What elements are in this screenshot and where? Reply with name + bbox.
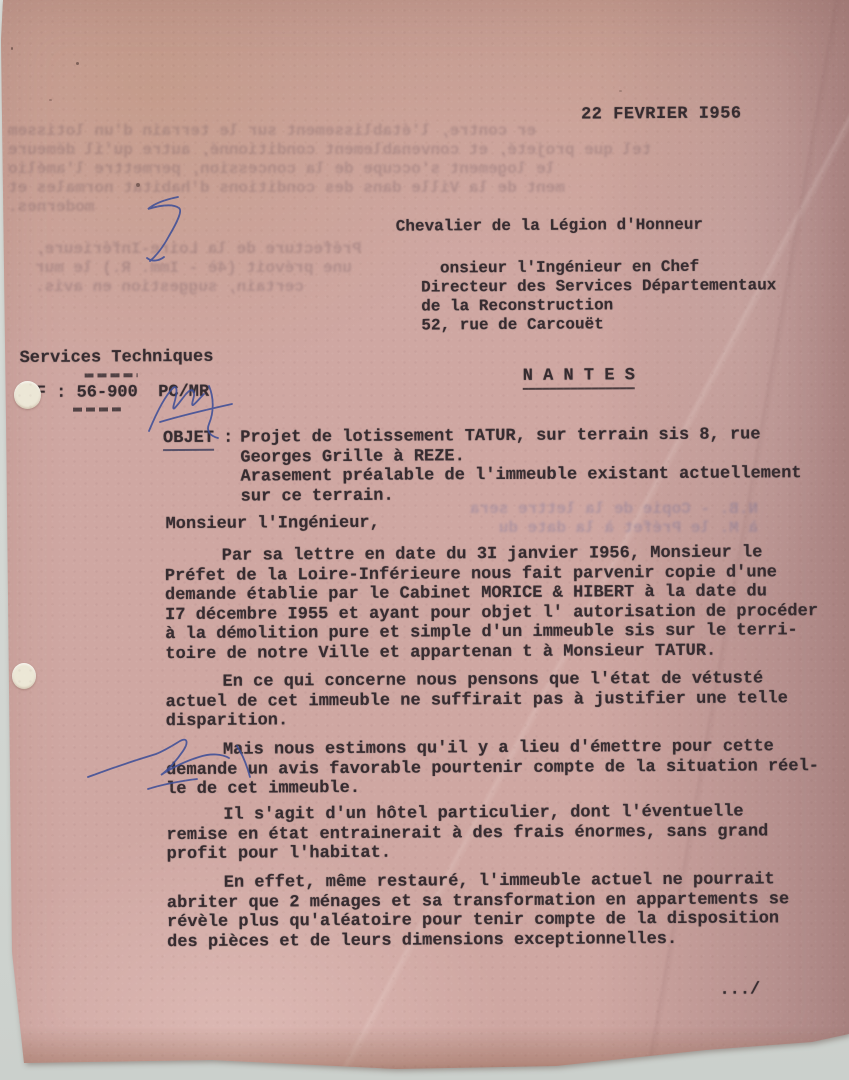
paragraph-4: Il s'agit d'un hôtel particulier, dont l… <box>166 802 768 864</box>
subject-lines: Projet de lotissement TATUR, sur terrain… <box>240 425 802 507</box>
speck <box>11 47 13 50</box>
speck <box>619 90 622 92</box>
text-line: à la démolition pure et simple d'un imme… <box>165 621 818 645</box>
text-line: Projet de lotissement TATUR, sur terrain… <box>240 425 801 448</box>
honor-line: Chevalier de la Légion d'Honneur <box>396 216 703 237</box>
letter-page: er contre, l'établissement sur le terrai… <box>0 0 849 1080</box>
scan-background: er contre, l'établissement sur le terrai… <box>0 0 849 1080</box>
text-line: actuel de cet immeuble ne suffirait pas … <box>166 689 788 712</box>
speck <box>49 99 52 101</box>
paragraph-2: En ce qui concerne nous pensons que l'ét… <box>165 669 788 732</box>
text-line: onsieur l'Ingénieur en Chef <box>421 257 776 278</box>
hole-punch-bottom <box>12 663 36 689</box>
dash-rule-2 <box>73 407 121 411</box>
text-line: remise en état entrainerait à des frais … <box>166 822 768 845</box>
continuation-mark: .../ <box>719 980 760 1000</box>
recipient-address: onsieur l'Ingénieur en ChefDirecteur des… <box>421 257 777 335</box>
text-line: le de cet immeuble. <box>166 776 819 800</box>
text-line: Directeur des Services Départementaux <box>421 276 776 297</box>
hole-punch-top <box>14 381 41 409</box>
paper-shadow: er contre, l'établissement sur le terrai… <box>0 0 849 1080</box>
subject-block: OBJET : Projet de lotissement TATUR, sur… <box>163 425 802 507</box>
paragraph-5: En effet, même restauré, l'immeuble actu… <box>167 870 790 952</box>
sender-department: Services Techniques <box>19 348 213 369</box>
text-line: toire de notre Ville et appartenan t à M… <box>165 641 818 665</box>
salutation: Monsieur l'Ingénieur, <box>166 514 380 535</box>
speck <box>76 62 79 65</box>
text-line: 52, rue de Carcouët <box>421 314 776 335</box>
paragraph-3: Mais nous estimons qu'il y a lieu d'émet… <box>166 737 819 800</box>
recipient-city: N A N T E S <box>420 346 635 406</box>
text-line: révèle plus qu'aléatoire pour tenir comp… <box>167 909 789 932</box>
subject-colon: : <box>223 429 233 449</box>
text-line: disparition. <box>166 708 788 731</box>
letter-date: 22 FEVRIER I956 <box>581 105 742 126</box>
text-line: des pièces et de leurs dimensions except… <box>167 929 789 952</box>
speck <box>136 183 140 187</box>
text-line: de la Reconstruction <box>421 295 776 316</box>
text-line: Arasement préalable de l'immeuble exista… <box>240 464 801 487</box>
subject-label: OBJET <box>163 429 214 451</box>
text-line: profit pour l'habitat. <box>167 842 769 865</box>
dash-rule-1 <box>85 373 138 377</box>
paragraph-1: Par sa lettre en date du 3I janvier I956… <box>165 543 819 665</box>
city-underlined: N A N T E S <box>523 366 635 390</box>
typed-text-layer: 22 FEVRIER I956 Chevalier de la Légion d… <box>0 0 849 1080</box>
text-line: sur ce terrain. <box>241 484 802 507</box>
reference-number: F : 56-900 PC/MR <box>36 383 210 404</box>
